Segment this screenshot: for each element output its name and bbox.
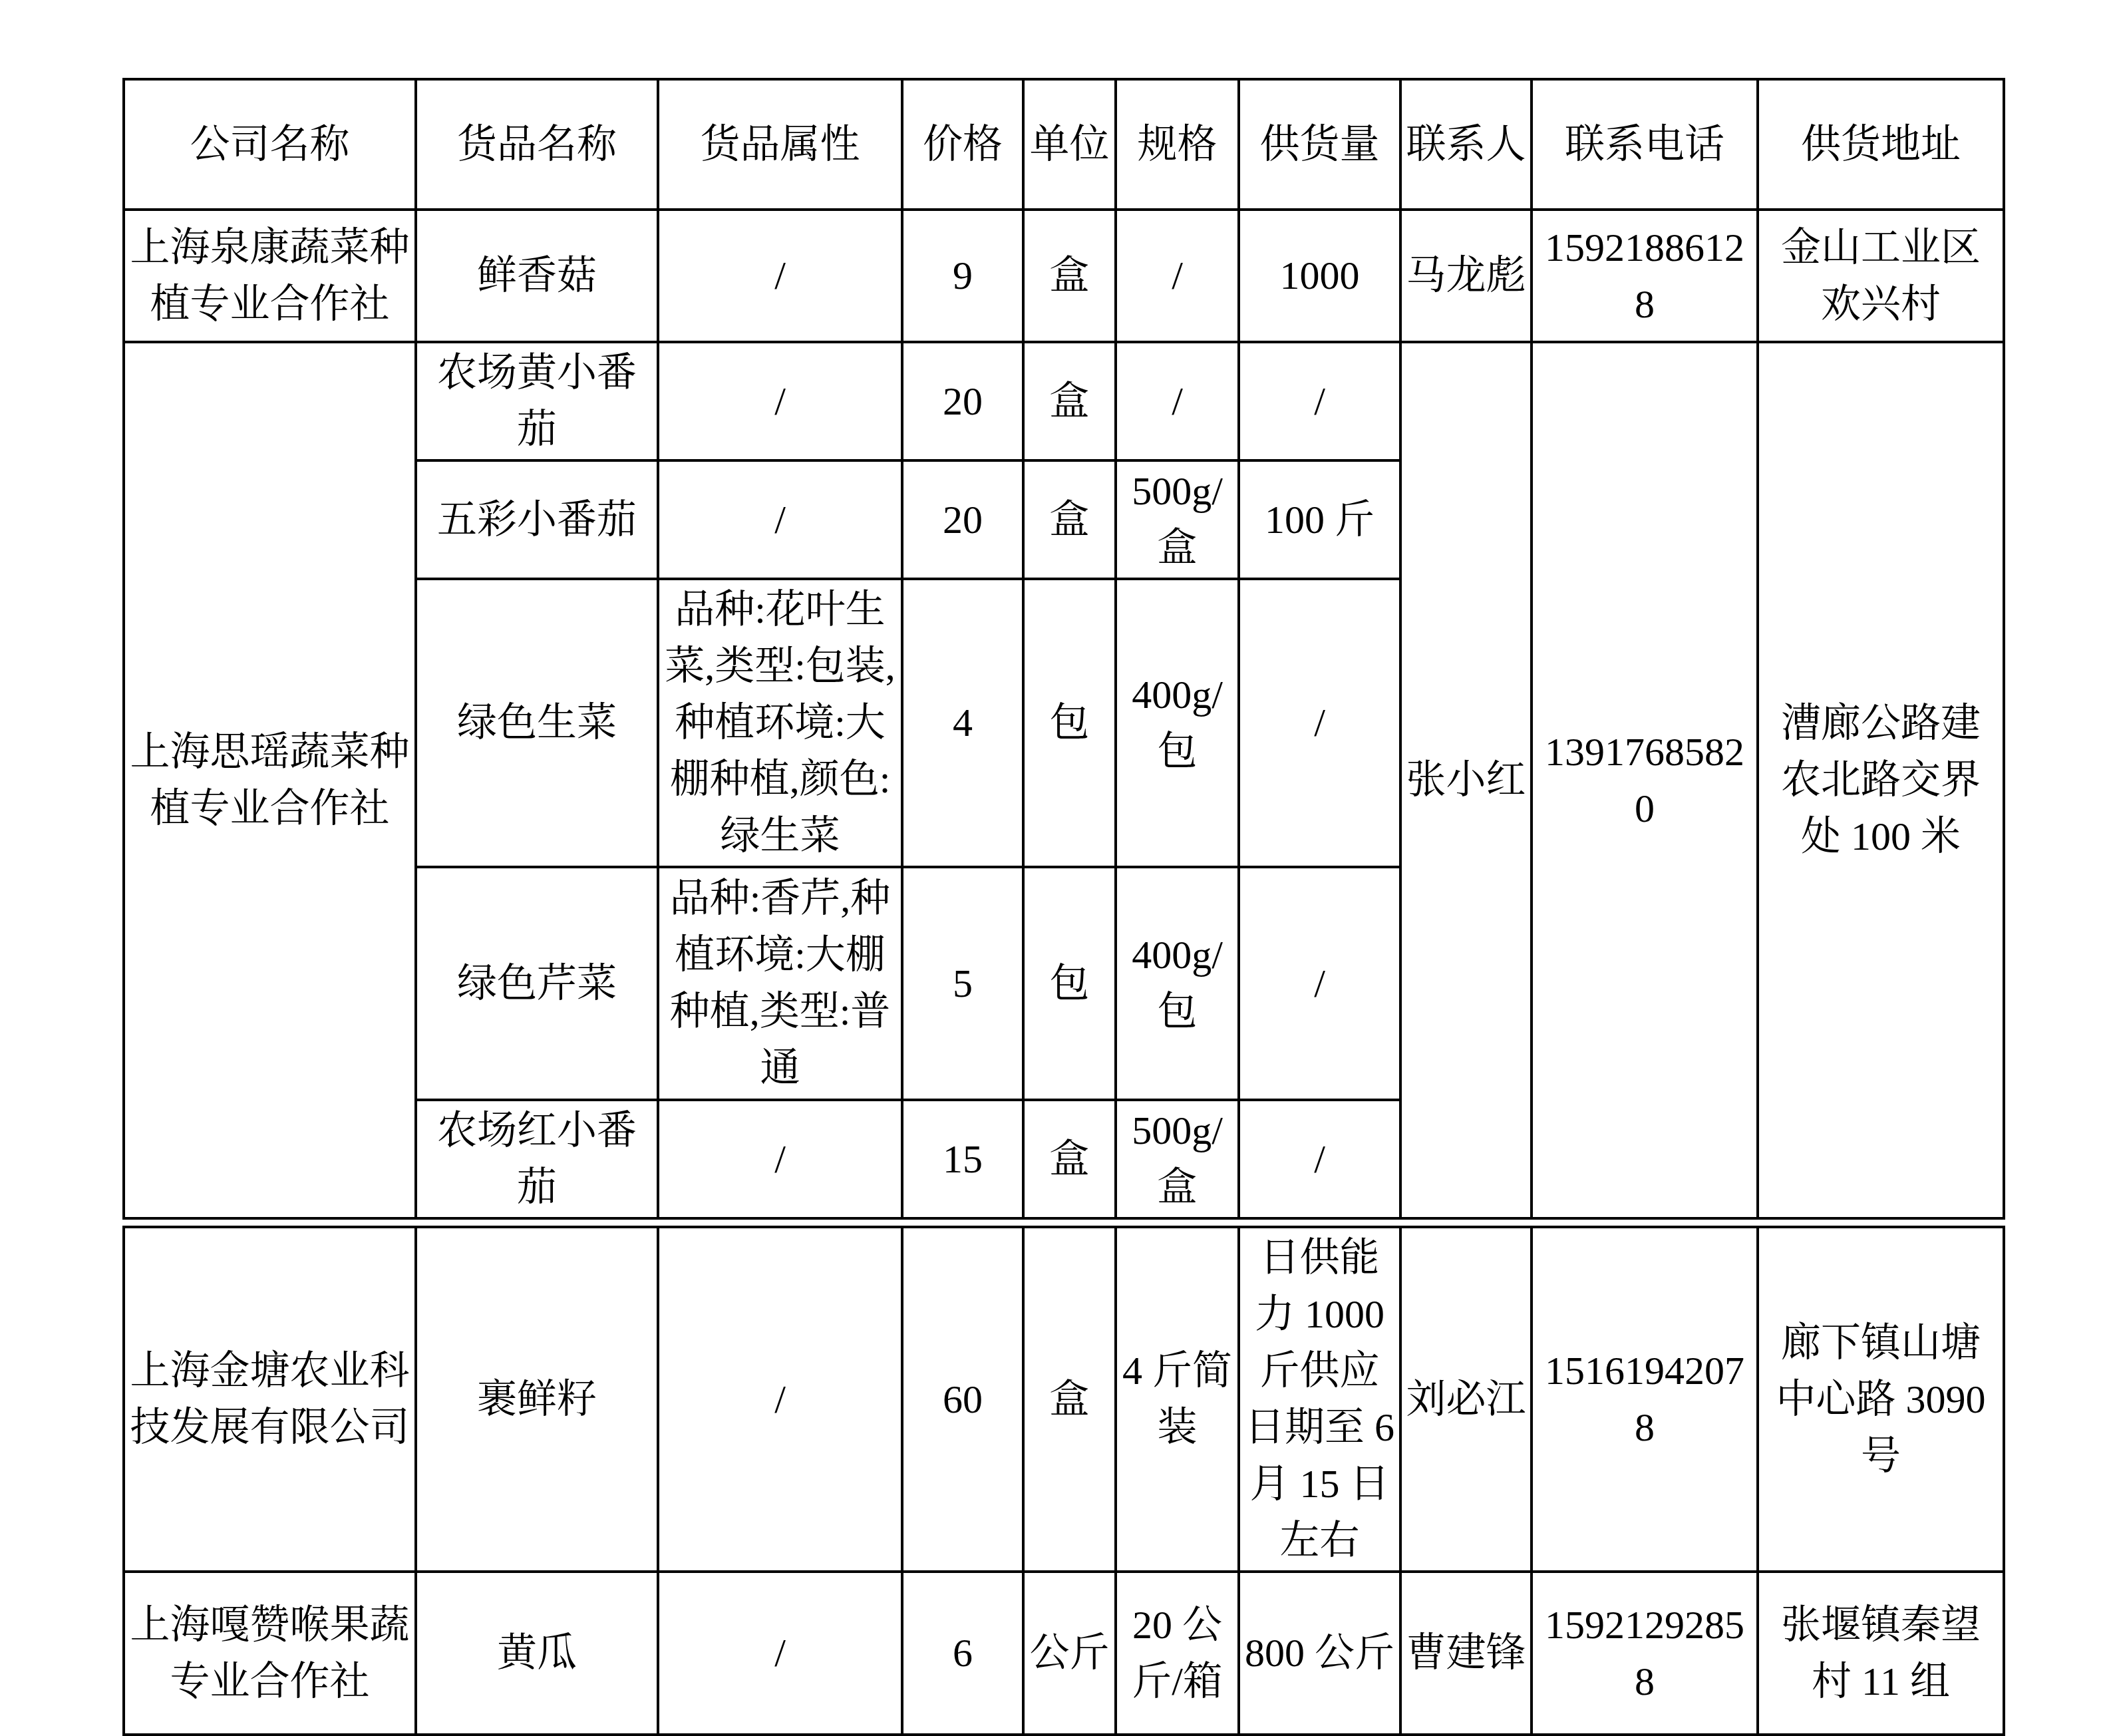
spec-cell: / bbox=[1116, 342, 1239, 460]
header-cell-product: 货品名称 bbox=[416, 79, 658, 210]
contact-phone-cell: 15161942078 bbox=[1532, 1227, 1758, 1572]
product-name-cell: 鲜香菇 bbox=[416, 210, 658, 342]
supply-cell: 1000 bbox=[1239, 210, 1400, 342]
product-attrs-cell: 品种:花叶生菜,类型:包装,种植环境:大棚种植,颜色:绿生菜 bbox=[658, 579, 902, 867]
supplier-table-page2: 上海金塘农业科技发展有限公司 裹鲜籽 / 60 盒 4 斤简装 日供能力 100… bbox=[122, 1226, 2005, 1736]
address-cell: 廊下镇山塘中心路 3090 号 bbox=[1758, 1227, 2004, 1572]
supply-cell: 日供能力 1000 斤供应日期至 6 月 15 日左右 bbox=[1239, 1227, 1400, 1572]
product-attrs-cell: / bbox=[658, 460, 902, 579]
unit-cell: 盒 bbox=[1023, 1100, 1116, 1218]
product-attrs-cell: 品种:香芹,种植环境:大棚种植,类型:普通 bbox=[658, 867, 902, 1100]
header-row: 公司名称 货品名称 货品属性 价格 单位 规格 供货量 联系人 联系电话 供货地… bbox=[124, 79, 2004, 210]
address-cell: 金山工业区欢兴村 bbox=[1758, 210, 2004, 342]
header-cell-unit: 单位 bbox=[1023, 79, 1116, 210]
unit-cell: 盒 bbox=[1023, 460, 1116, 579]
unit-cell: 盒 bbox=[1023, 342, 1116, 460]
header-cell-spec: 规格 bbox=[1116, 79, 1239, 210]
header-cell-price: 价格 bbox=[902, 79, 1023, 210]
product-name-cell: 黄瓜 bbox=[416, 1572, 658, 1735]
supply-cell: 100 斤 bbox=[1239, 460, 1400, 579]
supplier-table-sheet: 公司名称 货品名称 货品属性 价格 单位 规格 供货量 联系人 联系电话 供货地… bbox=[122, 78, 2005, 1736]
product-name-cell: 绿色芹菜 bbox=[416, 867, 658, 1100]
price-cell: 9 bbox=[902, 210, 1023, 342]
table-row: 上海泉康蔬菜种植专业合作社 鲜香菇 / 9 盒 / 1000 马龙彪 15921… bbox=[124, 210, 2004, 342]
header-cell-phone: 联系电话 bbox=[1532, 79, 1758, 210]
address-cell: 张堰镇秦望村 11 组 bbox=[1758, 1572, 2004, 1735]
contact-person-cell: 曹建锋 bbox=[1400, 1572, 1532, 1735]
supply-cell: / bbox=[1239, 342, 1400, 460]
product-attrs-cell: / bbox=[658, 342, 902, 460]
address-cell: 漕廊公路建农北路交界处 100 米 bbox=[1758, 342, 2004, 1218]
product-name-cell: 农场红小番茄 bbox=[416, 1100, 658, 1218]
spec-cell: / bbox=[1116, 210, 1239, 342]
contact-phone-cell: 15921292858 bbox=[1532, 1572, 1758, 1735]
supply-cell: / bbox=[1239, 867, 1400, 1100]
table-row: 上海金塘农业科技发展有限公司 裹鲜籽 / 60 盒 4 斤简装 日供能力 100… bbox=[124, 1227, 2004, 1572]
company-name-cell: 上海嘎赞喉果蔬专业合作社 bbox=[124, 1572, 416, 1735]
product-name-cell: 裹鲜籽 bbox=[416, 1227, 658, 1572]
table-row: 上海思瑶蔬菜种植专业合作社 农场黄小番茄 / 20 盒 / / 张小红 1391… bbox=[124, 342, 2004, 460]
supplier-table-page1: 公司名称 货品名称 货品属性 价格 单位 规格 供货量 联系人 联系电话 供货地… bbox=[122, 78, 2005, 1220]
unit-cell: 包 bbox=[1023, 579, 1116, 867]
spec-cell: 20 公斤/箱 bbox=[1116, 1572, 1239, 1735]
price-cell: 20 bbox=[902, 342, 1023, 460]
unit-cell: 盒 bbox=[1023, 210, 1116, 342]
header-cell-contact: 联系人 bbox=[1400, 79, 1532, 210]
contact-person-cell: 马龙彪 bbox=[1400, 210, 1532, 342]
spec-cell: 500g/盒 bbox=[1116, 460, 1239, 579]
contact-person-cell: 刘必江 bbox=[1400, 1227, 1532, 1572]
header-cell-company: 公司名称 bbox=[124, 79, 416, 210]
contact-phone-cell: 15921886128 bbox=[1532, 210, 1758, 342]
product-attrs-cell: / bbox=[658, 1572, 902, 1735]
product-name-cell: 农场黄小番茄 bbox=[416, 342, 658, 460]
company-name-cell: 上海泉康蔬菜种植专业合作社 bbox=[124, 210, 416, 342]
price-cell: 5 bbox=[902, 867, 1023, 1100]
spec-cell: 4 斤简装 bbox=[1116, 1227, 1239, 1572]
price-cell: 6 bbox=[902, 1572, 1023, 1735]
unit-cell: 公斤 bbox=[1023, 1572, 1116, 1735]
table-row: 上海嘎赞喉果蔬专业合作社 黄瓜 / 6 公斤 20 公斤/箱 800 公斤 曹建… bbox=[124, 1572, 2004, 1735]
contact-phone-cell: 13917685820 bbox=[1532, 342, 1758, 1218]
product-attrs-cell: / bbox=[658, 210, 902, 342]
unit-cell: 盒 bbox=[1023, 1227, 1116, 1572]
supply-cell: / bbox=[1239, 579, 1400, 867]
unit-cell: 包 bbox=[1023, 867, 1116, 1100]
header-cell-address: 供货地址 bbox=[1758, 79, 2004, 210]
spec-cell: 500g/盒 bbox=[1116, 1100, 1239, 1218]
product-name-cell: 绿色生菜 bbox=[416, 579, 658, 867]
product-name-cell: 五彩小番茄 bbox=[416, 460, 658, 579]
product-attrs-cell: / bbox=[658, 1100, 902, 1218]
product-attrs-cell: / bbox=[658, 1227, 902, 1572]
price-cell: 20 bbox=[902, 460, 1023, 579]
spec-cell: 400g/包 bbox=[1116, 579, 1239, 867]
header-cell-supply: 供货量 bbox=[1239, 79, 1400, 210]
price-cell: 15 bbox=[902, 1100, 1023, 1218]
company-name-cell: 上海金塘农业科技发展有限公司 bbox=[124, 1227, 416, 1572]
header-cell-attrs: 货品属性 bbox=[658, 79, 902, 210]
spec-cell: 400g/包 bbox=[1116, 867, 1239, 1100]
supply-cell: 800 公斤 bbox=[1239, 1572, 1400, 1735]
price-cell: 60 bbox=[902, 1227, 1023, 1572]
price-cell: 4 bbox=[902, 579, 1023, 867]
contact-person-cell: 张小红 bbox=[1400, 342, 1532, 1218]
supply-cell: / bbox=[1239, 1100, 1400, 1218]
company-name-cell: 上海思瑶蔬菜种植专业合作社 bbox=[124, 342, 416, 1218]
